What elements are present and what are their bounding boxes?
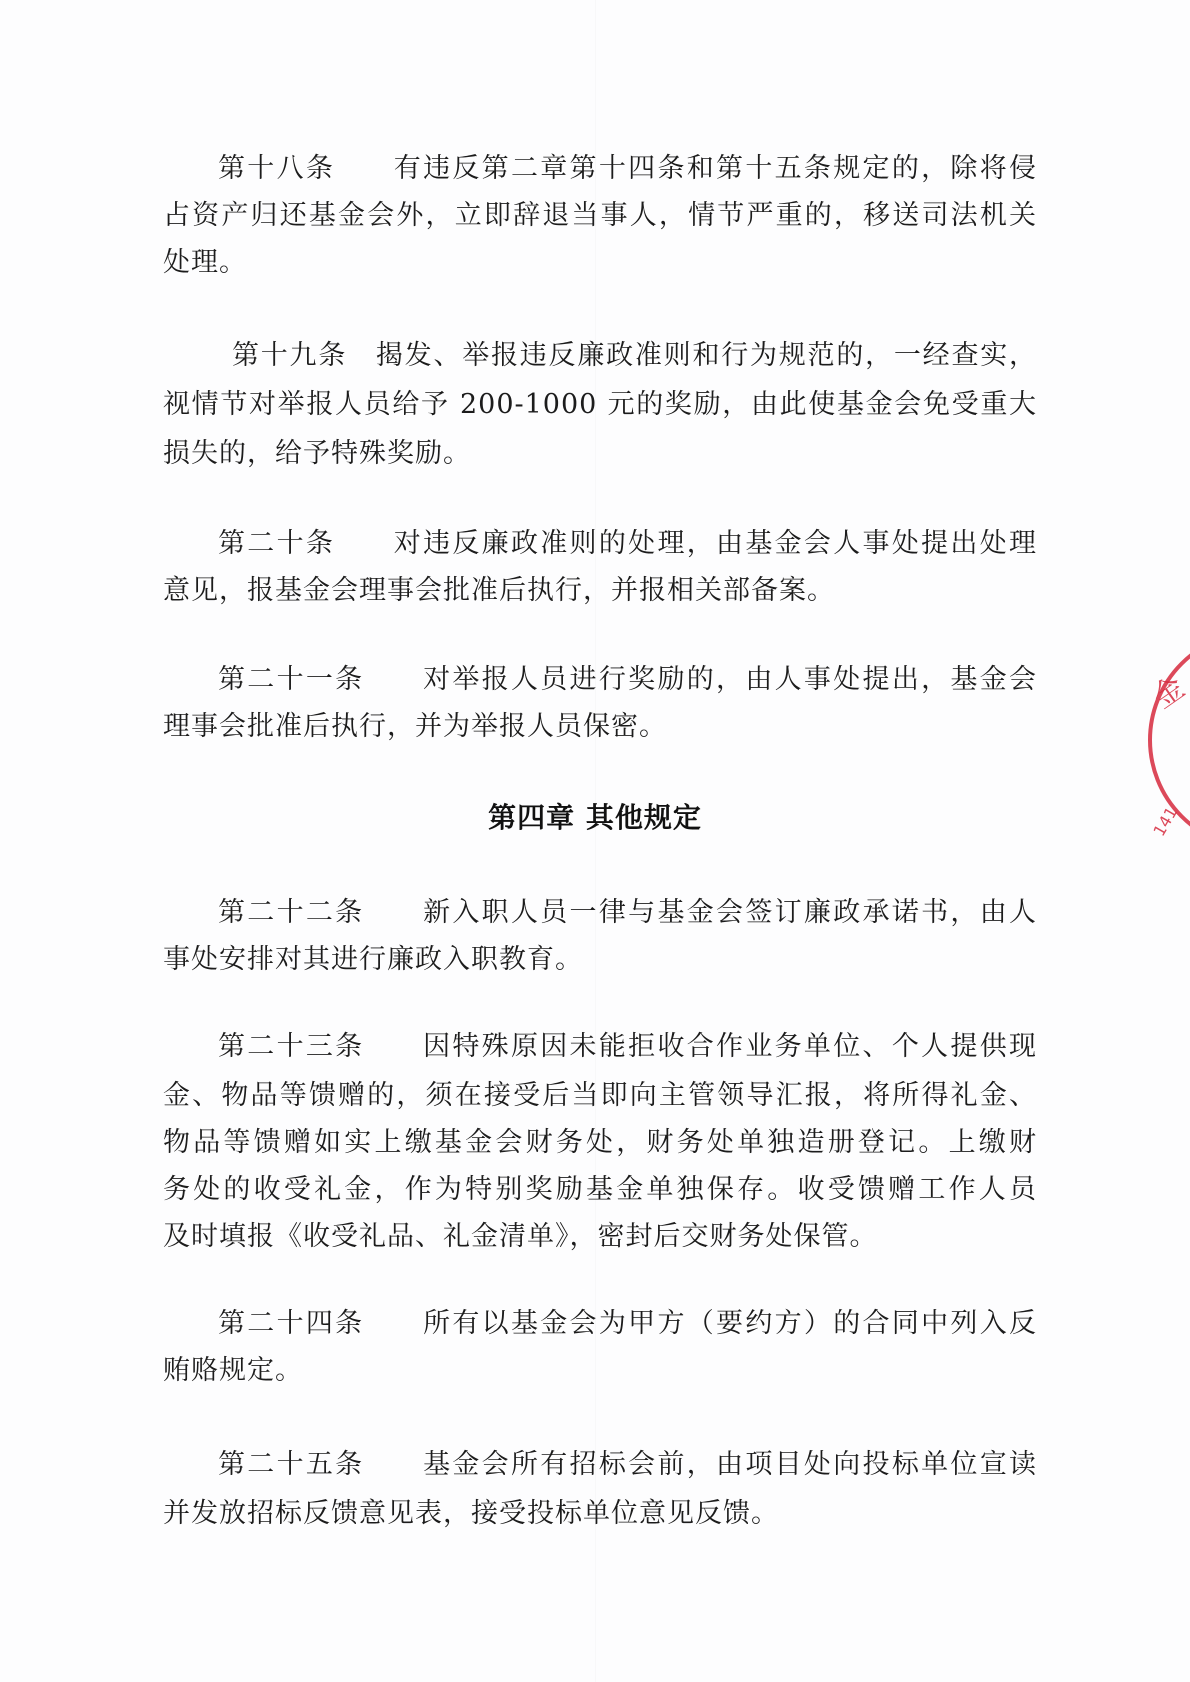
- article-21-line-1: 第二十一条 对举报人员进行奖励的，由人事处提出，基金会: [218, 663, 1037, 697]
- chapter-heading: 第四章 其他规定: [0, 800, 1190, 836]
- article-24-line-1: 第二十四条 所有以基金会为甲方（要约方）的合同中列入反: [218, 1307, 1037, 1341]
- article-18-line-3: 处理。: [163, 246, 1037, 280]
- article-19-line-2: 视情节对举报人员给予 200-1000 元的奖励，由此使基金会免受重大: [163, 388, 1037, 422]
- article-23-line-5: 及时填报《收受礼品、礼金清单》，密封后交财务处保管。: [163, 1220, 1037, 1254]
- article-20-line-1: 第二十条 对违反廉政准则的处理，由基金会人事处提出处理: [218, 527, 1037, 561]
- article-23-line-3: 物品等馈赠如实上缴基金会财务处，财务处单独造册登记。上缴财: [163, 1126, 1037, 1160]
- article-22-line-1: 第二十二条 新入职人员一律与基金会签订廉政承诺书，由人: [218, 896, 1037, 930]
- article-19-line-3: 损失的，给予特殊奖励。: [163, 437, 1037, 471]
- article-18-line-2: 占资产归还基金会外，立即辞退当事人，情节严重的，移送司法机关: [163, 199, 1037, 233]
- article-25-line-2: 并发放招标反馈意见表，接受投标单位意见反馈。: [163, 1497, 1037, 1531]
- article-23-line-1: 第二十三条 因特殊原因未能拒收合作业务单位、个人提供现: [218, 1030, 1037, 1064]
- article-23-line-4: 务处的收受礼金，作为特别奖励基金单独保存。收受馈赠工作人员: [163, 1173, 1037, 1207]
- article-19-line-1: 第十九条 揭发、举报违反廉政准则和行为规范的，一经查实，: [232, 339, 1037, 373]
- article-24-line-2: 贿赂规定。: [163, 1354, 1037, 1388]
- article-25-line-1: 第二十五条 基金会所有招标会前，由项目处向投标单位宣读: [218, 1448, 1037, 1482]
- article-20-line-2: 意见，报基金会理事会批准后执行，并报相关部备案。: [163, 574, 1037, 608]
- document-page: 第十八条 有违反第二章第十四条和第十五条规定的，除将侵 占资产归还基金会外，立即…: [0, 0, 1190, 1682]
- article-22-line-2: 事处安排对其进行廉政入职教育。: [163, 943, 1037, 977]
- article-23-line-2: 金、物品等馈赠的，须在接受后当即向主管领导汇报，将所得礼金、: [163, 1079, 1037, 1113]
- article-18-line-1: 第十八条 有违反第二章第十四条和第十五条规定的，除将侵: [218, 152, 1037, 186]
- article-21-line-2: 理事会批准后执行，并为举报人员保密。: [163, 710, 1037, 744]
